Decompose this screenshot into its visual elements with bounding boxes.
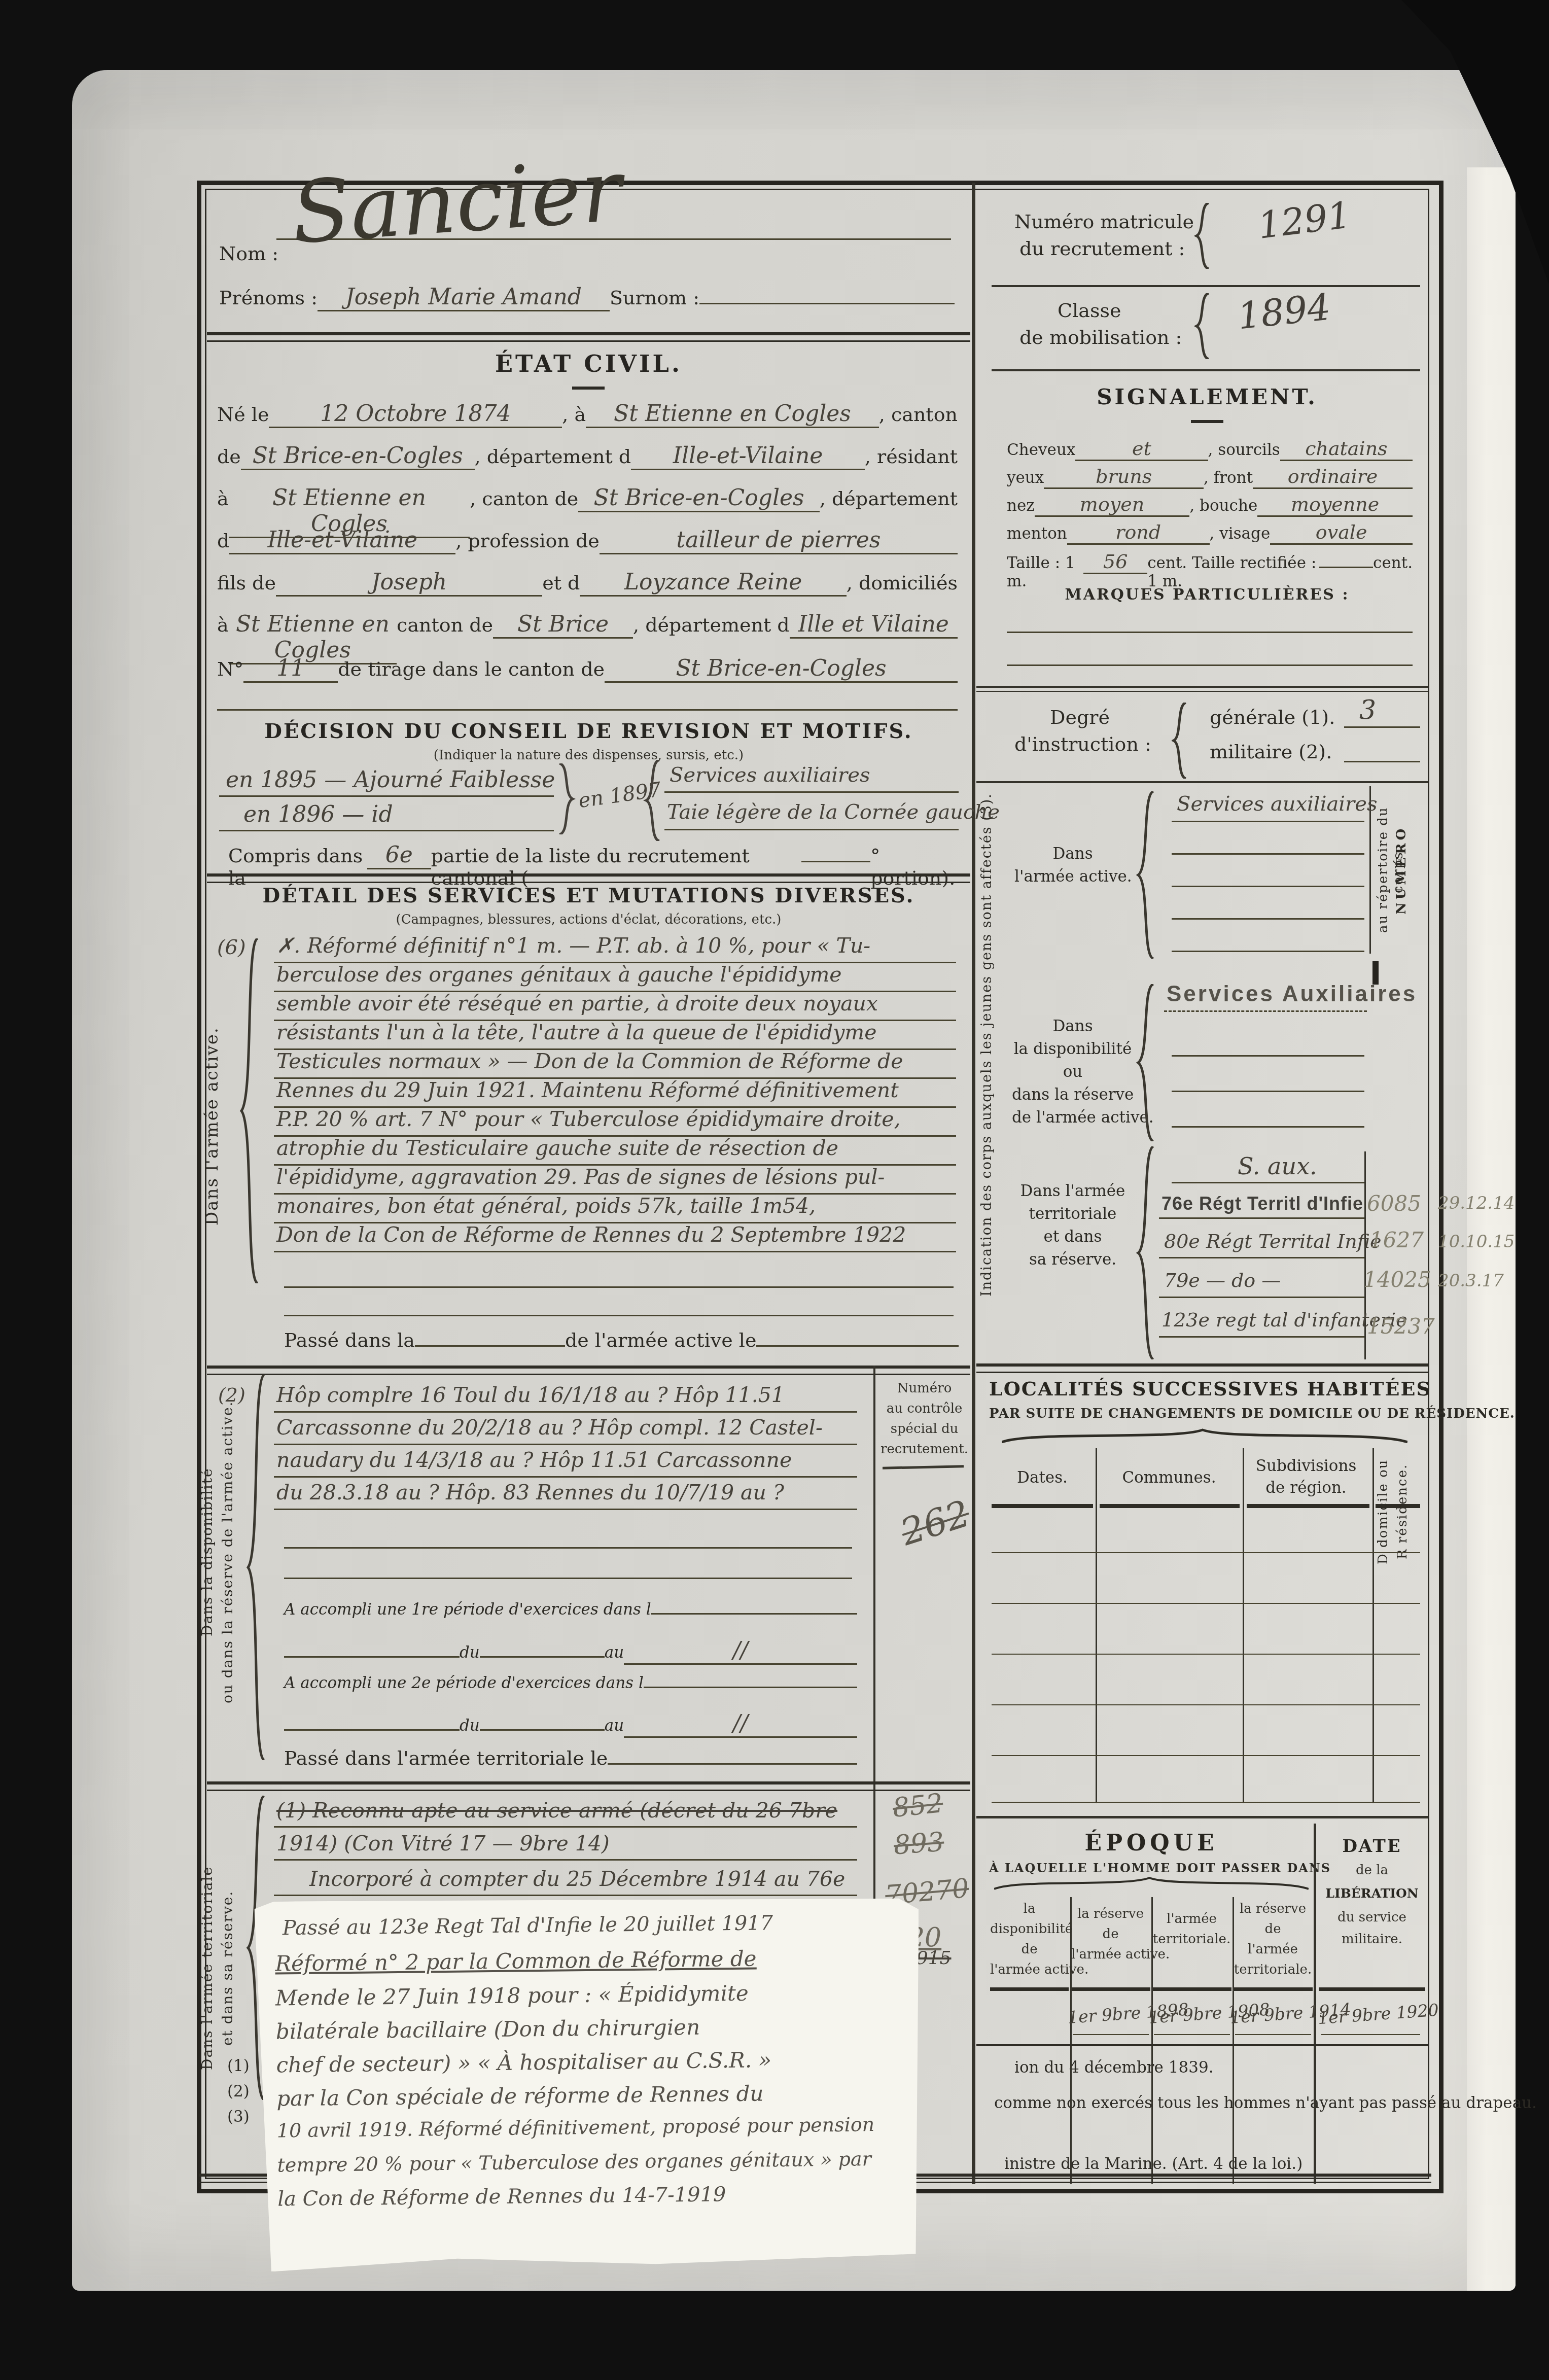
periode2-row: A accompli une 2e période d'exercices da… xyxy=(284,1674,857,1692)
rule xyxy=(976,686,1428,688)
blank-line xyxy=(1172,1126,1364,1128)
line xyxy=(1073,2034,1149,2035)
etat-line-2: de St Brice-en-Cogles , département d Il… xyxy=(217,443,958,470)
label: de xyxy=(217,445,241,468)
value: et xyxy=(1075,437,1208,461)
epoque-col3: l'armée xyxy=(1152,1911,1231,1927)
section-brace xyxy=(246,1375,267,1760)
armee-active-side-label: Dans l'armée active. xyxy=(202,964,222,1288)
controle-label: recrutement. xyxy=(877,1442,971,1457)
service-line: atrophie du Testiculaire gauche suite de… xyxy=(276,1136,838,1160)
footnote-marker-3: (3) xyxy=(227,2108,250,2126)
localites-col-communes: Communes. xyxy=(1098,1468,1240,1487)
header-rule xyxy=(1072,1987,1150,1991)
label: , département xyxy=(820,487,958,510)
terr-side-label-1: Dans l'armée territoriale xyxy=(199,1806,216,2130)
header-rule xyxy=(1153,1987,1231,1991)
title-dash xyxy=(572,387,605,390)
line xyxy=(1154,2034,1230,2035)
label: , domiciliés xyxy=(847,572,958,594)
hopital-line: Hôp complre 16 Toul du 16/1/18 au ? Hôp … xyxy=(276,1383,785,1407)
label: , résidant xyxy=(865,445,958,468)
table-row-line xyxy=(992,1755,1420,1756)
tirage-row: N° 11 de tirage dans le canton de St Bri… xyxy=(217,655,958,683)
label: Passé dans l'armée territoriale le xyxy=(284,1747,608,1769)
label: , canton de xyxy=(470,487,578,510)
label: Cheveux xyxy=(1007,441,1075,459)
line xyxy=(274,1476,857,1478)
decision-subtitle: (Indiquer la nature des dispenses, sursi… xyxy=(207,748,970,763)
decision-taie: Taie légère de la Cornée gauche xyxy=(667,800,1000,824)
degre-label-1: Degré xyxy=(1050,706,1110,728)
slashes: // xyxy=(624,1710,857,1738)
localites-title: LOCALITÉS SUCCESSIVES HABITÉES xyxy=(989,1377,1425,1400)
margin-number: 852 xyxy=(891,1788,944,1824)
line xyxy=(274,1251,956,1252)
line xyxy=(1235,2034,1311,2035)
epoque-col4: la réserve xyxy=(1234,1901,1312,1916)
line xyxy=(274,1859,857,1861)
marker-2: (2) xyxy=(218,1384,245,1406)
service-line: monaires, bon état général, poids 57k, t… xyxy=(276,1194,816,1218)
corps-dispo-label: dans la réserve xyxy=(1012,1086,1134,1104)
matricule-label-2: du recrutement : xyxy=(1019,237,1185,260)
value: St Brice-en-Cogles xyxy=(578,485,820,512)
corps-terr-entry-4: 79e — do — xyxy=(1164,1269,1281,1291)
label: A accompli une 2e période d'exercices da… xyxy=(284,1674,644,1692)
service-line: Don de la Con de Réforme de Rennes du 2 … xyxy=(276,1222,906,1247)
corps-dispo-label: ou xyxy=(1012,1063,1134,1081)
value: Joseph xyxy=(276,569,542,597)
service-line: P.P. 20 % art. 7 N° pour « Tuberculose é… xyxy=(276,1107,901,1131)
corps-dispo-stamp: Services Auxiliaires xyxy=(1167,982,1417,1007)
blank xyxy=(608,1763,857,1765)
value: Loyzance Reine xyxy=(580,569,846,597)
note-line: Réformé n° 2 par la Common de Réforme de xyxy=(275,1946,757,1976)
corps-terr-entry-1: S. aux. xyxy=(1238,1152,1317,1180)
line xyxy=(274,1826,857,1828)
brace xyxy=(1136,791,1156,959)
section-rule xyxy=(207,332,970,342)
corps-dispo-label: Dans xyxy=(1012,1017,1134,1035)
du-label: du xyxy=(460,1643,480,1662)
numero-label: N° xyxy=(217,658,243,680)
blank-line xyxy=(1007,632,1413,633)
corps-number: 6085 xyxy=(1367,1191,1421,1216)
footnote-marker-1: (1) xyxy=(227,2057,250,2075)
label: Né le xyxy=(217,403,269,426)
value: moyen xyxy=(1035,493,1190,517)
epoque-col1: disponibilité xyxy=(990,1921,1069,1937)
value: 56 xyxy=(1083,550,1147,574)
label: , bouche xyxy=(1189,497,1257,515)
header-rule xyxy=(1234,1987,1313,1991)
services-subtitle: (Campagnes, blessures, actions d'éclat, … xyxy=(207,912,970,927)
epoque-col1: la xyxy=(990,1901,1069,1916)
section-rule xyxy=(207,873,970,883)
section-brace xyxy=(238,938,262,1283)
value: moyenne xyxy=(1257,493,1413,517)
corps-number: 14025 xyxy=(1363,1267,1431,1292)
blank xyxy=(801,861,870,862)
corps-date: 10.10.15 xyxy=(1438,1232,1515,1252)
line xyxy=(1159,1217,1364,1219)
signalement-row-3: nez moyen , bouche moyenne xyxy=(1007,493,1413,517)
marques-title: MARQUES PARTICULIÈRES : xyxy=(989,586,1425,604)
corps-dispo-label: de l'armée active. xyxy=(1012,1108,1134,1127)
localites-side-R: R résidence. xyxy=(1395,1446,1410,1578)
decision-title: DÉCISION DU CONSEIL DE REVISION ET MOTIF… xyxy=(207,719,970,743)
label: yeux xyxy=(1007,469,1044,487)
label: nez xyxy=(1007,497,1035,515)
passe-armee-active-row: Passé dans la de l'armée active le xyxy=(284,1329,959,1351)
table-line xyxy=(1096,1448,1097,1803)
note-line: Mende le 27 Juin 1918 pour : « Épididymi… xyxy=(275,1981,749,2011)
label: A accompli une 1re période d'exercices d… xyxy=(284,1600,651,1619)
epoque-col1: de xyxy=(990,1942,1069,1957)
controle-label: Numéro xyxy=(877,1381,971,1396)
service-line: l'épididyme, aggravation 29. Pas de sign… xyxy=(276,1165,885,1189)
closing-brace xyxy=(555,763,576,834)
label: Taille : 1 m. xyxy=(1007,554,1083,590)
margin-number: 893 xyxy=(893,1827,945,1861)
brace xyxy=(1172,703,1189,779)
label: et d xyxy=(542,572,580,594)
line xyxy=(1159,1336,1364,1338)
header-rule xyxy=(1319,1987,1425,1991)
label: d xyxy=(217,530,229,552)
nom-label: Nom : xyxy=(219,242,278,265)
corps-active-label-1: Dans xyxy=(1014,845,1131,863)
date-label: militaire. xyxy=(1319,1932,1425,1947)
value: St Brice xyxy=(493,611,633,639)
line xyxy=(1344,726,1420,728)
epoque-col4: territoriale. xyxy=(1234,1962,1312,1977)
controle-label: au contrôle xyxy=(877,1401,971,1416)
value: ordinaire xyxy=(1253,465,1413,489)
signalement-title: SIGNALEMENT. xyxy=(989,384,1425,409)
note-line: 10 avril 1919. Réformé définitivement, p… xyxy=(277,2113,875,2142)
epoque-title: ÉPOQUE xyxy=(989,1830,1314,1856)
matricule-label-1: Numéro matricule xyxy=(1014,211,1194,233)
blank-line xyxy=(1172,886,1364,887)
blank xyxy=(651,1613,857,1615)
blank xyxy=(756,1345,959,1347)
etat-civil-title: ÉTAT CIVIL. xyxy=(207,350,970,377)
brace xyxy=(1194,293,1212,359)
date-label: de la xyxy=(1319,1863,1425,1878)
header-rule xyxy=(990,1987,1069,1991)
value: tailleur de pierres xyxy=(600,527,958,554)
etat-line-4: d Ille-et-Vilaine , profession de taille… xyxy=(217,527,958,554)
corps-active-label-2: l'armée active. xyxy=(1014,867,1131,886)
line xyxy=(664,791,959,793)
section-rule xyxy=(207,1366,970,1375)
over-brace xyxy=(994,1877,1309,1890)
line xyxy=(274,1895,857,1896)
note-line: Passé au 123e Regt Tal d'Infie le 20 jui… xyxy=(283,1911,773,1940)
table-row-line xyxy=(992,1654,1420,1655)
au-label: au xyxy=(605,1717,624,1735)
service-line: berculose des organes génitaux à gauche … xyxy=(276,962,842,987)
degre-militaire-label: militaire (2). xyxy=(1210,741,1332,763)
header-rule xyxy=(1100,1504,1240,1508)
value: 12 Octobre 1874 xyxy=(269,401,562,428)
header-rule xyxy=(1376,1504,1420,1508)
corps-terr-entry-3: 80e Régt Territal Infie xyxy=(1164,1230,1382,1252)
etat-line-1: Né le 12 Octobre 1874 , à St Etienne en … xyxy=(217,401,958,428)
periode1-row: A accompli une 1re période d'exercices d… xyxy=(284,1600,857,1619)
degre-generale-label: générale (1). xyxy=(1210,706,1335,728)
prenoms-label: Prénoms : xyxy=(219,287,318,309)
value: Ille-et-Vilaine xyxy=(631,443,865,470)
line xyxy=(274,1509,857,1510)
classe-label-2: de mobilisation : xyxy=(1019,326,1182,348)
taille-row: Taille : 1 m. 56 cent. Taille rectifiée … xyxy=(1007,550,1413,590)
terr-line: 1914) (Con Vitré 17 — 9bre 14) xyxy=(276,1831,610,1856)
service-line: Testicules normaux » — Don de la Commion… xyxy=(276,1049,903,1073)
label: fils de xyxy=(217,572,276,594)
service-line: Rennes du 29 Juin 1921. Maintenu Réformé… xyxy=(276,1078,899,1102)
slashes: // xyxy=(624,1637,857,1665)
blank-line xyxy=(1172,1091,1364,1092)
title-dash xyxy=(1191,420,1223,423)
blank-line xyxy=(1007,664,1413,666)
section-rule xyxy=(207,1781,970,1791)
corps-terr-label: sa réserve. xyxy=(1009,1250,1136,1269)
note-line: chef de secteur) » « À hospitaliser au C… xyxy=(276,2047,771,2077)
label: cent. Taille rectifiée : 1 m. xyxy=(1147,554,1319,590)
line xyxy=(274,1411,857,1413)
note-line: par la Con spéciale de réforme de Rennes… xyxy=(276,2081,764,2111)
epoque-col1: l'armée active. xyxy=(990,1962,1069,1977)
brace xyxy=(1194,203,1212,269)
line xyxy=(1321,2034,1420,2035)
epoque-col4: l'armée xyxy=(1234,1942,1312,1957)
scanned-military-register-page: Nom : Sancier Prénoms : Joseph Marie Ama… xyxy=(0,0,1549,2380)
terr-line: (1) Reconnu apte au service armé (décret… xyxy=(276,1798,837,1823)
label: , front xyxy=(1204,469,1253,487)
surnom-value-blank xyxy=(699,303,955,304)
page-edge xyxy=(1467,167,1516,2291)
controle-label: spécial du xyxy=(877,1421,971,1437)
line xyxy=(274,1444,857,1445)
dispo-side-label-1: Dans la disponibilité xyxy=(199,1380,216,1725)
value: St Etienne en Cogles xyxy=(586,401,879,428)
degre-label-2: d'instruction : xyxy=(1014,733,1151,755)
blank-line xyxy=(1172,951,1364,952)
label: canton de xyxy=(397,614,493,636)
blank-line xyxy=(284,1547,852,1549)
epoque-col-line xyxy=(1233,1897,1234,2184)
tirage-canton: St Brice-en-Cogles xyxy=(605,655,958,683)
surnom-label: Surnom : xyxy=(610,287,699,309)
value: Ille-et-Vilaine xyxy=(229,527,455,554)
service-line: semble avoir été réséqué en partie, à dr… xyxy=(276,991,878,1016)
line xyxy=(219,795,554,797)
value: St Brice-en-Cogles xyxy=(241,443,475,470)
table-line xyxy=(1243,1448,1244,1803)
line xyxy=(664,829,959,830)
corps-date: 20.3.17 xyxy=(1438,1271,1504,1291)
line xyxy=(1159,1297,1364,1298)
signalement-row-4: menton rond , visage ovale xyxy=(1007,521,1413,545)
table-row-line xyxy=(992,1552,1420,1553)
footnote-fragment-3: inistre de la Marine. (Art. 4 de la loi.… xyxy=(1004,2155,1302,2173)
services-title: DÉTAIL DES SERVICES ET MUTATIONS DIVERSE… xyxy=(207,884,970,907)
corps-terr-label: Dans l'armée xyxy=(1009,1182,1136,1200)
service-line: résistants l'un à la tête, l'autre à la … xyxy=(276,1020,877,1044)
marker-6: (6) xyxy=(217,936,246,959)
table-line xyxy=(1372,1448,1374,1803)
blank xyxy=(480,1656,605,1658)
corps-number: 1627 xyxy=(1369,1228,1424,1252)
label: à xyxy=(217,614,229,636)
corps-active-value: Services auxiliaires xyxy=(1177,792,1377,816)
blank xyxy=(415,1345,565,1347)
line xyxy=(219,830,554,831)
line xyxy=(1344,761,1420,762)
label: , sourcils xyxy=(1208,441,1280,459)
repertoire-label-2: au répertoire du corps. xyxy=(1376,796,1406,943)
rule xyxy=(992,285,1420,287)
label: , département d xyxy=(475,445,631,468)
value: Ille et Vilaine xyxy=(790,611,958,639)
classe-label-1: Classe xyxy=(1058,299,1121,322)
localites-col-dates: Dates. xyxy=(992,1468,1093,1487)
value: 6e xyxy=(367,842,431,869)
blank xyxy=(644,1687,857,1688)
epoque-subtitle: À LAQUELLE L'HOMME DOIT PASSER DANS xyxy=(989,1861,1314,1875)
footnote-marker-2: (2) xyxy=(227,2082,250,2101)
etat-line-5: fils de Joseph et d Loyzance Reine , dom… xyxy=(217,569,958,597)
rule xyxy=(976,1816,1428,1818)
label: , visage xyxy=(1210,524,1271,543)
rule xyxy=(976,781,1428,783)
blank xyxy=(1319,567,1373,568)
blank-line xyxy=(284,1315,954,1316)
blank-line xyxy=(1172,918,1364,920)
corps-side-label: Indication des corps auxquels les jeunes… xyxy=(979,791,995,1299)
corps-dispo-label: la disponibilité xyxy=(1012,1040,1134,1058)
epoque-col2: la réserve xyxy=(1071,1906,1150,1921)
epoque-col2: l'armée active. xyxy=(1071,1947,1150,1962)
line xyxy=(1164,1010,1367,1012)
label: , canton xyxy=(879,403,958,426)
corps-terr-label: et dans xyxy=(1009,1228,1136,1246)
epoque-col4: de xyxy=(1234,1921,1312,1937)
epoque-col2: de xyxy=(1071,1927,1150,1942)
blank-line xyxy=(1172,853,1364,855)
blank xyxy=(284,1656,460,1658)
table-row-line xyxy=(992,1802,1420,1803)
date-label: DATE xyxy=(1319,1836,1425,1857)
passe-territoriale-row: Passé dans l'armée territoriale le xyxy=(284,1747,857,1769)
hopital-line: Carcassonne du 20/2/18 au ? Hôp compl. 1… xyxy=(276,1415,823,1440)
localites-col-subdiv-1: Subdivisions xyxy=(1245,1457,1367,1475)
label: Passé dans la xyxy=(284,1329,415,1351)
signalement-row-1: Cheveux et , sourcils chatains xyxy=(1007,437,1413,461)
note-line: la Con de Réforme de Rennes du 14-7-1919 xyxy=(277,2183,726,2211)
label: de l'armée active le xyxy=(565,1329,756,1351)
degre-generale-value: 3 xyxy=(1359,695,1376,725)
rule xyxy=(992,369,1420,371)
terr-line: Incorporé à compter du 25 Décembre 1914 … xyxy=(309,1867,845,1891)
header-rule xyxy=(992,1504,1093,1508)
signalement-row-2: yeux bruns , front ordinaire xyxy=(1007,465,1413,489)
epoque-col3: territoriale. xyxy=(1152,1932,1231,1947)
blank xyxy=(284,1729,460,1731)
dispo-side-label-2: ou dans la réserve de l'armée active. xyxy=(219,1370,236,1735)
decision-1896: en 1896 — id xyxy=(243,801,393,827)
au-label: au xyxy=(605,1643,624,1662)
tirage-label: de tirage dans le canton de xyxy=(338,658,605,680)
glued-paper-note: Passé au 123e Regt Tal d'Infie le 20 jui… xyxy=(254,1895,923,2272)
corps-number: 15237 xyxy=(1367,1314,1435,1339)
column-divider xyxy=(972,183,975,2184)
table-row-line xyxy=(992,1704,1420,1705)
table-row-line xyxy=(992,1603,1420,1604)
du-label: du xyxy=(460,1717,480,1735)
brace xyxy=(1136,984,1156,1141)
localites-side-D: D domicile ou xyxy=(1376,1446,1391,1578)
tirage-number: 11 xyxy=(243,655,338,683)
label: , à xyxy=(562,403,586,426)
value: ovale xyxy=(1270,521,1413,545)
date-label: LIBÉRATION xyxy=(1319,1886,1425,1901)
line xyxy=(1159,1257,1364,1258)
hopital-line: naudary du 14/3/18 au ? Hôp 11.51 Carcas… xyxy=(276,1448,792,1472)
label: , département d xyxy=(633,614,790,636)
date-label: du service xyxy=(1319,1910,1425,1925)
note-line: tempre 20 % pour « Tuberculose des organ… xyxy=(277,2148,871,2176)
service-line: ✗. Réformé définitif n°1 m. — P.T. ab. à… xyxy=(276,933,870,958)
label: , profession de xyxy=(455,530,599,552)
blank-line xyxy=(217,709,958,711)
header-rule xyxy=(1247,1504,1369,1508)
footnote-fragment-1: ion du 4 décembre 1839. xyxy=(1014,2058,1214,2077)
localites-col-subdiv-2: de région. xyxy=(1245,1479,1367,1497)
corps-date: 29.12.14 xyxy=(1438,1193,1515,1213)
line xyxy=(1172,1182,1364,1183)
hopital-line: du 28.3.18 au ? Hôp. 83 Rennes du 10/7/1… xyxy=(276,1480,784,1504)
note-line: bilatérale bacillaire (Don du chirurgien xyxy=(276,2015,700,2044)
corps-terr-entry-2: 76e Régt Territl d'Infie xyxy=(1161,1193,1363,1214)
over-brace xyxy=(1002,1428,1407,1443)
blank-line xyxy=(1172,1055,1364,1057)
value: chatains xyxy=(1280,437,1413,461)
blank-line xyxy=(284,1578,852,1579)
value: bruns xyxy=(1044,465,1204,489)
prenoms-row: Prénoms : Joseph Marie Amand Surnom : xyxy=(219,284,955,311)
value: rond xyxy=(1067,521,1210,545)
decision-services-aux: Services auxiliaires xyxy=(670,763,870,787)
label: à xyxy=(217,487,229,510)
blank xyxy=(480,1729,605,1731)
decision-1895: en 1895 — Ajourné Faiblesse xyxy=(226,767,555,793)
rule xyxy=(976,691,1428,692)
periode1-dates-row: du au // xyxy=(284,1637,857,1665)
section-rule xyxy=(976,1363,1428,1373)
epoque-bottom-rule xyxy=(976,2044,1428,2046)
opening-brace xyxy=(643,760,663,841)
blank-line xyxy=(284,1286,954,1288)
footnote-fragment-2: comme non exercés tous les hommes n'ayan… xyxy=(994,2094,1537,2112)
periode2-dates-row: du au // xyxy=(284,1710,857,1738)
prenoms-value: Joseph Marie Amand xyxy=(318,284,610,311)
localites-subtitle: PAR SUITE DE CHANGEMENTS DE DOMICILE OU … xyxy=(989,1406,1425,1421)
line xyxy=(1172,821,1364,822)
